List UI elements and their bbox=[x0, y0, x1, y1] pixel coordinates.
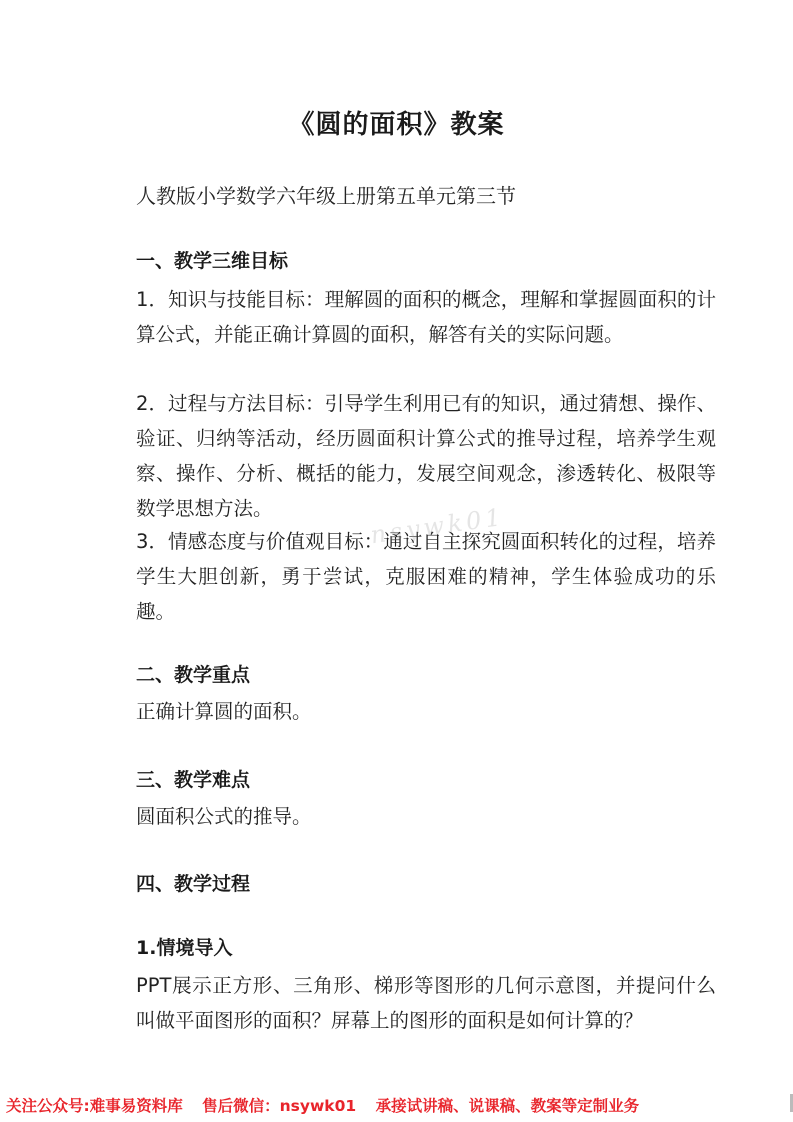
objective-knowledge: 1．知识与技能目标：理解圆的面积的概念，理解和掌握圆面积的计算公式，并能正确计算… bbox=[136, 282, 716, 352]
section-heading-process: 四、教学过程 bbox=[136, 869, 250, 896]
intro-text: PPT展示正方形、三角形、梯形等图形的几何示意图，并提问什么叫做平面图形的面积？… bbox=[136, 968, 716, 1038]
document-title: 《圆的面积》教案 bbox=[0, 104, 793, 141]
document-page: 《圆的面积》教案 人教版小学数学六年级上册第五单元第三节 一、教学三维目标 1．… bbox=[0, 0, 793, 1122]
section-heading-objectives: 一、教学三维目标 bbox=[136, 246, 288, 273]
difficulties-text: 圆面积公式的推导。 bbox=[136, 799, 716, 834]
footer-services-text: 承接试讲稿、说课稿、教案等定制业务 bbox=[376, 1097, 640, 1115]
subsection-heading-intro: 1.情境导入 bbox=[136, 933, 232, 960]
footer-follow-text: 关注公众号:难事易资料库 bbox=[6, 1097, 183, 1115]
section-heading-key-points: 二、教学重点 bbox=[136, 660, 250, 687]
document-subtitle: 人教版小学数学六年级上册第五单元第三节 bbox=[136, 180, 516, 209]
footer-wechat-text: 售后微信：nsywk01 bbox=[202, 1097, 356, 1115]
promo-footer: 关注公众号:难事易资料库 售后微信：nsywk01 承接试讲稿、说课稿、教案等定… bbox=[0, 1094, 793, 1116]
section-heading-difficulties: 三、教学难点 bbox=[136, 765, 250, 792]
objective-process: 2．过程与方法目标：引导学生利用已有的知识，通过猜想、操作、验证、归纳等活动，经… bbox=[136, 386, 716, 526]
key-points-text: 正确计算圆的面积。 bbox=[136, 694, 716, 729]
